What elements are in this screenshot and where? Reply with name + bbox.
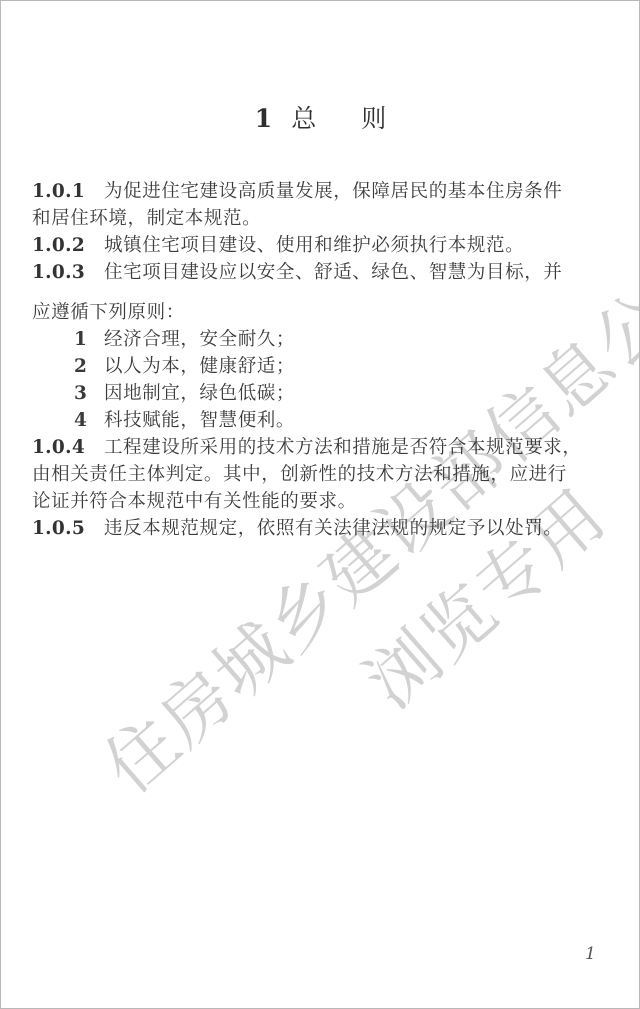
clause-text: 论证并符合本规范中有关性能的要求。 <box>32 491 357 512</box>
clause-1-0-1-line-2: 和居住环境，制定本规范。 <box>32 206 261 232</box>
clause-text: 住宅项目建设应以安全、舒适、绿色、智慧为目标，并 <box>104 262 562 283</box>
clause-1-0-5-line-1: 1.0.5违反本规范规定，依照有关法律法规的规定予以处罚。 <box>32 516 562 542</box>
clause-text: 城镇住宅项目建设、使用和维护必须执行本规范。 <box>104 235 524 256</box>
principle-item: 2以人为本，健康舒适； <box>74 354 295 380</box>
clause-1-0-4-line-1: 1.0.4工程建设所采用的技术方法和措施是否符合本规范要求， <box>32 435 582 461</box>
item-text: 经济合理，安全耐久； <box>104 329 295 350</box>
chapter-title-part-1: 总 <box>291 104 317 133</box>
document-page: 住房城乡建设部信息公开 浏览专用 1总则 1.0.1为促进住宅建设高质量发展，保… <box>0 0 640 1009</box>
clause-number: 1.0.4 <box>32 435 104 461</box>
clause-1-0-3-line-2: 应遵循下列原则： <box>32 300 185 326</box>
item-text: 因地制宜，绿色低碳； <box>104 383 295 404</box>
clause-text: 由相关责任主体判定。其中，创新性的技术方法和措施，应进行 <box>32 464 567 485</box>
chapter-title: 1总则 <box>1 99 640 135</box>
clause-1-0-4-line-3: 论证并符合本规范中有关性能的要求。 <box>32 489 357 515</box>
chapter-number: 1 <box>255 104 273 133</box>
clause-text: 违反本规范规定，依照有关法律法规的规定予以处罚。 <box>104 518 562 539</box>
clause-number: 1.0.5 <box>32 516 104 542</box>
clause-number: 1.0.3 <box>32 260 104 286</box>
watermark-line-2: 浏览专用 <box>341 462 625 727</box>
item-number: 4 <box>74 408 104 434</box>
clause-text: 为促进住宅建设高质量发展，保障居民的基本住房条件 <box>104 181 562 202</box>
clause-number: 1.0.2 <box>32 233 104 259</box>
chapter-title-part-2: 则 <box>361 104 387 133</box>
principle-item: 4科技赋能，智慧便利。 <box>74 408 295 434</box>
clause-text: 和居住环境，制定本规范。 <box>32 208 261 229</box>
clause-text: 应遵循下列原则： <box>32 302 185 323</box>
clause-1-0-1-line-1: 1.0.1为促进住宅建设高质量发展，保障居民的基本住房条件 <box>32 179 562 205</box>
item-number: 2 <box>74 354 104 380</box>
principle-item: 1经济合理，安全耐久； <box>74 327 295 353</box>
item-text: 科技赋能，智慧便利。 <box>104 410 295 431</box>
clause-1-0-3-line-1: 1.0.3住宅项目建设应以安全、舒适、绿色、智慧为目标，并 <box>32 260 562 286</box>
item-number: 3 <box>74 381 104 407</box>
clause-1-0-2-line-1: 1.0.2城镇住宅项目建设、使用和维护必须执行本规范。 <box>32 233 524 259</box>
item-text: 以人为本，健康舒适； <box>104 356 295 377</box>
clause-text: 工程建设所采用的技术方法和措施是否符合本规范要求， <box>104 437 582 458</box>
clause-number: 1.0.1 <box>32 179 104 205</box>
item-number: 1 <box>74 327 104 353</box>
principle-item: 3因地制宜，绿色低碳； <box>74 381 295 407</box>
clause-1-0-4-line-2: 由相关责任主体判定。其中，创新性的技术方法和措施，应进行 <box>32 462 567 488</box>
page-number: 1 <box>585 944 596 964</box>
